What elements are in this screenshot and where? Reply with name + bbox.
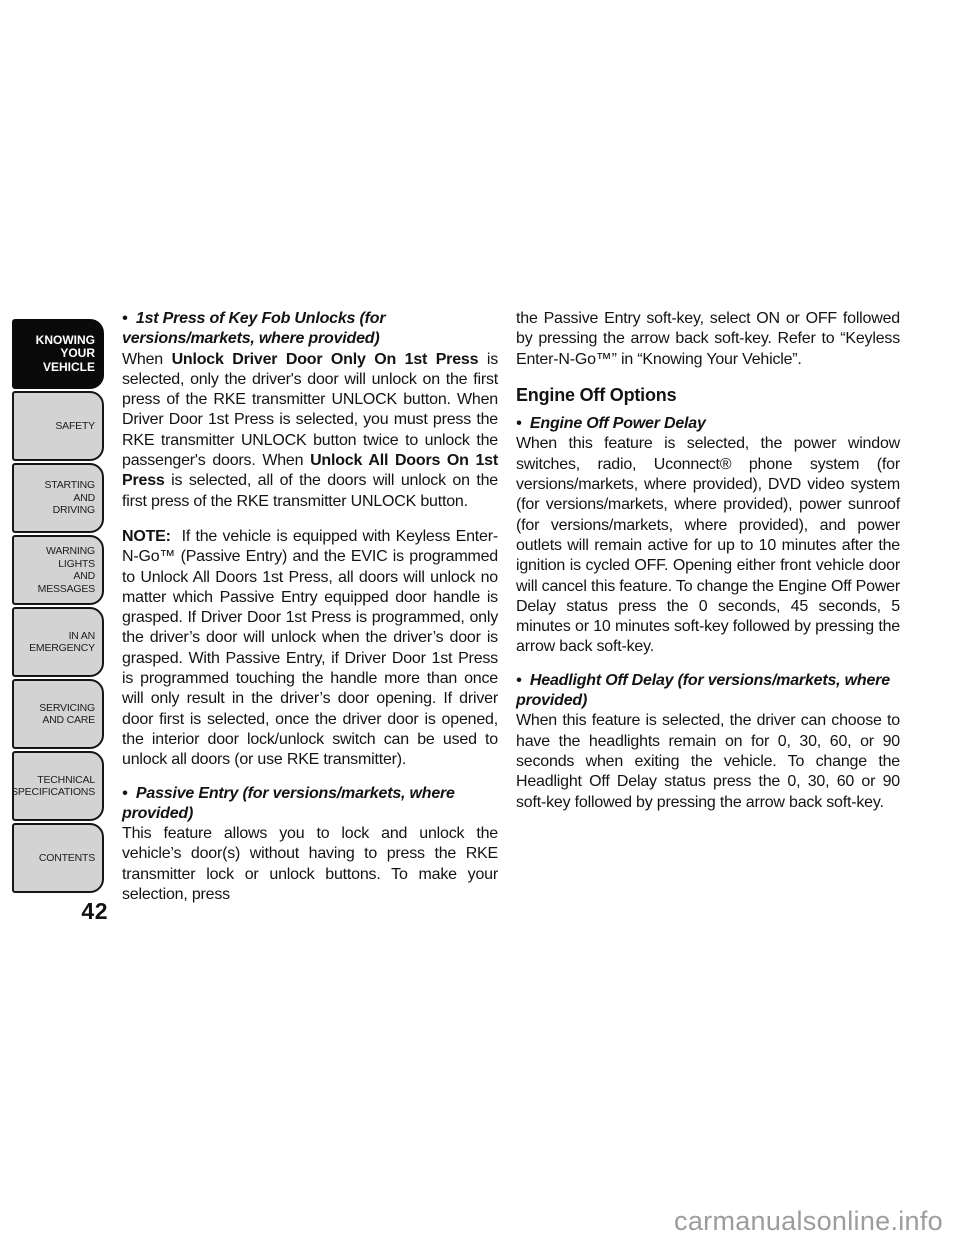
sidebar-nav: KNOWING YOUR VEHICLE SAFETY STARTING AND… [12, 319, 104, 895]
manual-page: KNOWING YOUR VEHICLE SAFETY STARTING AND… [0, 0, 960, 1242]
sidebar-tab-in-an-emergency[interactable]: IN AN EMERGENCY [12, 607, 104, 677]
sidebar-tab-knowing-your-vehicle[interactable]: KNOWING YOUR VEHICLE [12, 319, 104, 389]
paragraph: NOTE: If the vehicle is equipped with Ke… [122, 527, 498, 771]
sidebar-tab-contents[interactable]: CONTENTS [12, 823, 104, 893]
sidebar-tab-servicing-and-care[interactable]: SERVICING AND CARE [12, 679, 104, 749]
bullet-heading: • Passive Entry (for versions/markets, w… [122, 784, 498, 825]
bullet-heading: • Engine Off Power Delay [516, 414, 900, 434]
sidebar-tab-technical-specifications[interactable]: TECHNICAL SPECIFICATIONS [12, 751, 104, 821]
page-number: 42 [62, 898, 108, 925]
paragraph: the Passive Entry soft-key, select ON or… [516, 309, 900, 370]
page-content: • 1st Press of Key Fob Unlocks (for vers… [122, 309, 900, 905]
sidebar-tab-safety[interactable]: SAFETY [12, 391, 104, 461]
sidebar-tab-starting-and-driving[interactable]: STARTING AND DRIVING [12, 463, 104, 533]
paragraph: When Unlock Driver Door Only On 1st Pres… [122, 350, 498, 512]
paragraph: This feature allows you to lock and unlo… [122, 824, 498, 905]
sidebar-tab-warning-lights-and-messages[interactable]: WARNING LIGHTS AND MESSAGES [12, 535, 104, 605]
section-heading: Engine Off Options [516, 385, 900, 405]
bullet-heading: • Headlight Off Delay (for versions/mark… [516, 671, 900, 712]
paragraph: When this feature is selected, the drive… [516, 711, 900, 812]
paragraph: When this feature is selected, the power… [516, 434, 900, 657]
watermark: carmanualsonline.info [674, 1206, 943, 1237]
bullet-heading: • 1st Press of Key Fob Unlocks (for vers… [122, 309, 498, 350]
right-column: the Passive Entry soft-key, select ON or… [516, 309, 900, 905]
left-column: • 1st Press of Key Fob Unlocks (for vers… [122, 309, 498, 905]
